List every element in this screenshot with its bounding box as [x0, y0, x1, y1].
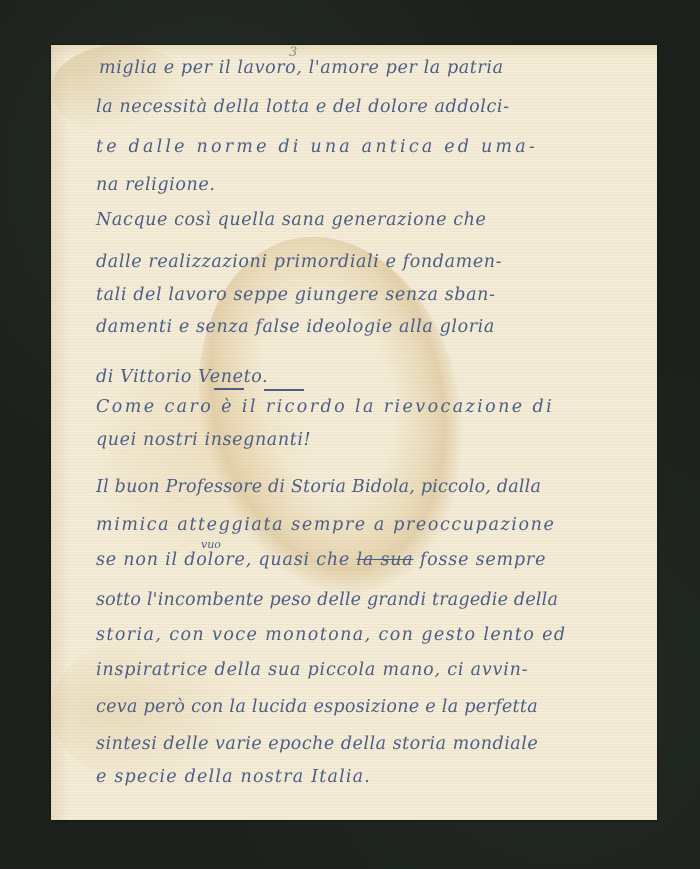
handwritten-line-5: Nacque così quella sana generazione che: [96, 210, 486, 230]
handwritten-line-14: se non il dolore, quasi che la sua fosse…: [96, 550, 546, 570]
handwritten-line-17: inspiratrice della sua piccola mano, ci …: [96, 660, 528, 680]
handwritten-line-12: Il buon Professore di Storia Bidola, pic…: [96, 477, 541, 497]
handwritten-line-15: sotto l'incombente peso delle grandi tra…: [96, 590, 558, 610]
handwritten-line-16: storia, con voce monotona, con gesto len…: [96, 625, 566, 645]
letter-page: 3 miglia e per il lavoro, l'amore per la…: [51, 45, 657, 820]
handwritten-line-20: e specie della nostra Italia.: [96, 767, 371, 787]
ink-overline: [214, 388, 244, 390]
handwritten-line-18: ceva però con la lucida esposizione e la…: [96, 697, 538, 717]
handwritten-line-19: sintesi delle varie epoche della storia …: [96, 734, 538, 754]
handwritten-line-9: di Vittorio Veneto.: [96, 367, 268, 387]
line-text-before-strike: se non il dolore, quasi che: [96, 550, 356, 570]
handwritten-line-13: mimica atteggiata sempre a preoccupazion…: [96, 515, 555, 535]
struck-through-word: la sua: [356, 550, 413, 570]
ink-overline: [264, 389, 304, 391]
handwritten-line-7: tali del lavoro seppe giungere senza sba…: [96, 285, 496, 305]
handwritten-line-3: te dalle norme di una antica ed uma-: [96, 137, 538, 157]
handwritten-line-6: dalle realizzazioni primordiali e fondam…: [96, 252, 502, 272]
handwritten-line-2: la necessità della lotta e del dolore ad…: [96, 97, 510, 117]
handwritten-line-11: quei nostri insegnanti!: [96, 430, 311, 450]
handwritten-line-4: na religione.: [96, 175, 216, 195]
handwritten-line-8: damenti e senza false ideologie alla glo…: [96, 317, 495, 337]
line-text-after-strike: fosse sempre: [414, 550, 547, 570]
handwritten-line-1: miglia e per il lavoro, l'amore per la p…: [99, 58, 504, 78]
handwritten-line-10: Come caro è il ricordo la rievocazione d…: [96, 397, 554, 417]
